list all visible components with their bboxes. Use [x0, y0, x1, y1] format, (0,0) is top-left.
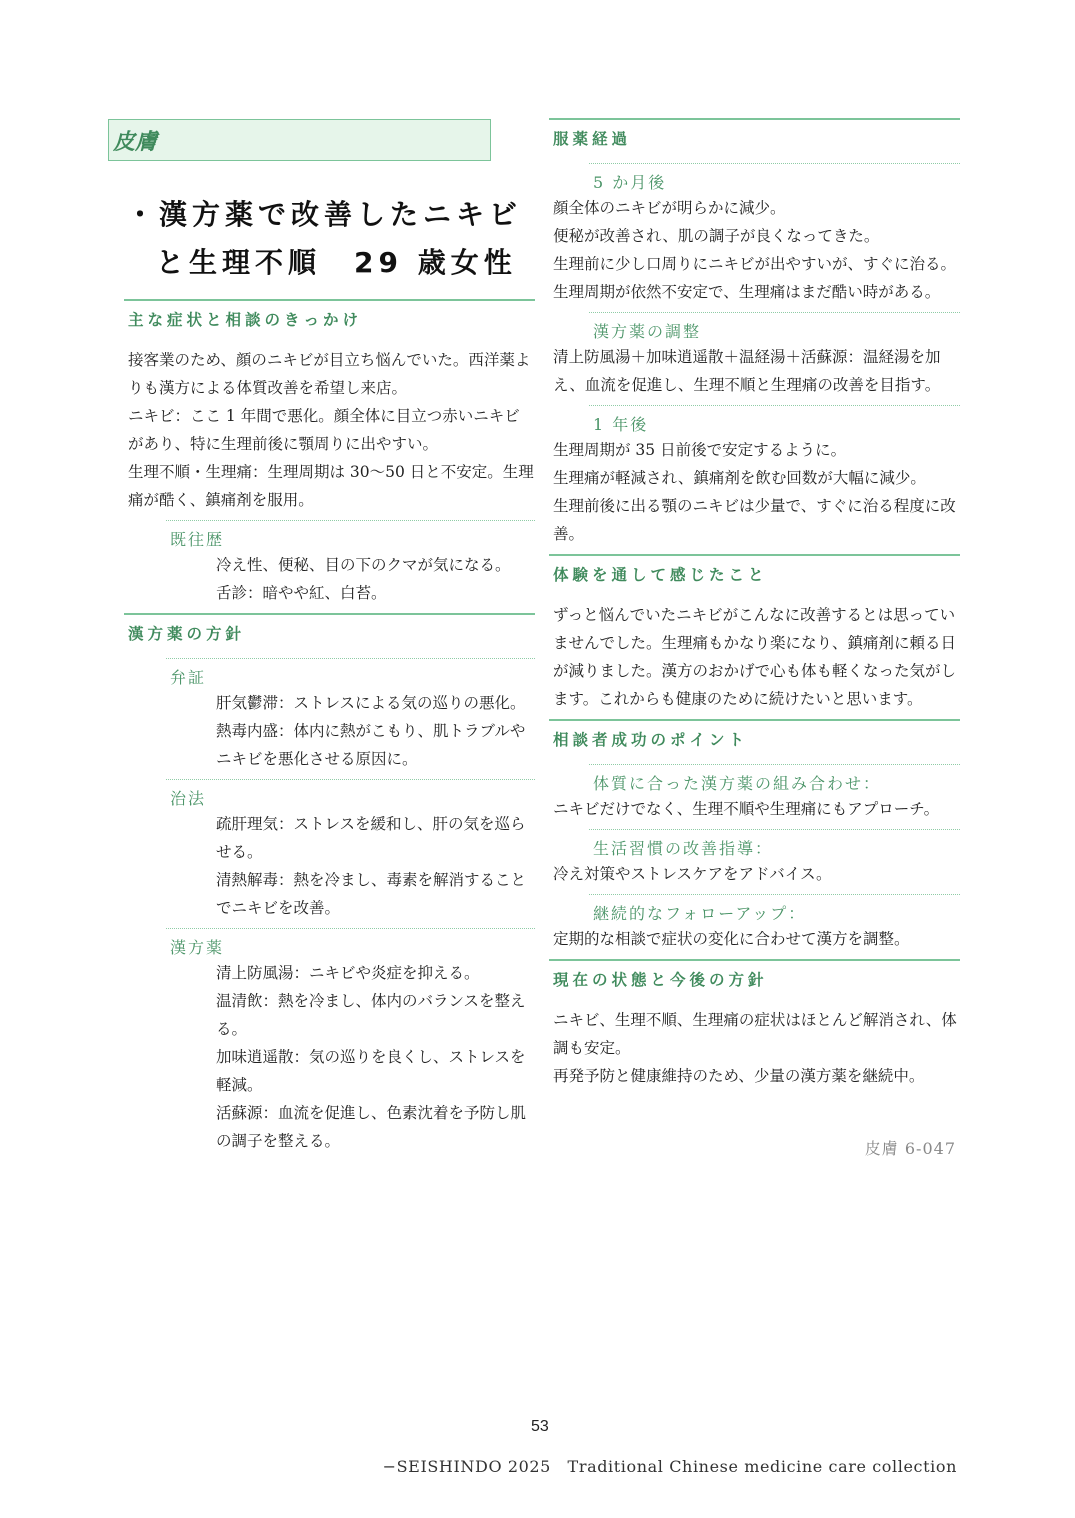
- treatment-heading: 治法: [166, 780, 535, 810]
- diagnosis-block: 弁証 肝気鬱滞：ストレスによる気の巡りの悪化。 熱毒内盛：体内に熱がこもり、肌ト…: [166, 658, 535, 773]
- section-points-heading: 相談者成功のポイント: [549, 719, 960, 758]
- medicine-line: 活蘇源：血流を促進し、色素沈着を予防し肌の調子を整える。: [216, 1099, 535, 1155]
- progress-line: 生理前後に出る顎のニキビは少量で、すぐに治る程度に改善。: [553, 492, 960, 548]
- title-line-2: と生理不順 29 歳女性: [126, 239, 535, 287]
- point-text: ニキビだけでなく、生理不順や生理痛にもアプローチ。: [549, 795, 960, 823]
- progress-line: 生理痛が軽減され、鎮痛剤を飲む回数が大幅に減少。: [553, 464, 960, 492]
- point-block: 継続的なフォローアップ： 定期的な相談で症状の変化に合わせて漢方を調整。: [589, 894, 960, 953]
- title-line-1: ・漢方薬で改善したニキビ: [126, 198, 522, 231]
- treatment-body: 疏肝理気：ストレスを緩和し、肝の気を巡らせる。 清熱解毒：熱を冷まし、毒素を解消…: [216, 810, 535, 922]
- category-label: 皮膚: [113, 125, 157, 156]
- month5-body: 顔全体のニキビが明らかに減少。 便秘が改善され、肌の調子が良くなってきた。 生理…: [549, 194, 960, 306]
- diagnosis-body: 肝気鬱滞：ストレスによる気の巡りの悪化。 熱毒内盛：体内に熱がこもり、肌トラブル…: [216, 689, 535, 773]
- year1-heading: 1 年後: [589, 406, 960, 436]
- treatment-line: 清熱解毒：熱を冷まし、毒素を解消することでニキビを改善。: [216, 866, 535, 922]
- section-symptoms-heading: 主な症状と相談のきっかけ: [124, 299, 535, 338]
- progress-line: 生理周期が 35 日前後で安定するように。: [553, 436, 960, 464]
- month5-heading: 5 か月後: [589, 164, 960, 194]
- current-line: ニキビ、生理不順、生理痛の症状はほとんど解消され、体調も安定。: [553, 1006, 960, 1062]
- adjust-body: 清上防風湯＋加味逍遥散＋温経湯＋活蘇源：温経湯を加え、血流を促進し、生理不順と生…: [549, 343, 960, 399]
- diagnosis-heading: 弁証: [166, 659, 535, 689]
- point-text: 定期的な相談で症状の変化に合わせて漢方を調整。: [549, 925, 960, 953]
- point-block: 体質に合った漢方薬の組み合わせ： ニキビだけでなく、生理不順や生理痛にもアプロー…: [589, 764, 960, 823]
- category-header: 皮膚: [108, 119, 491, 161]
- section-current-heading: 現在の状態と今後の方針: [549, 959, 960, 998]
- progress-line: 生理周期が依然不安定で、生理痛はまだ酷い時がある。: [553, 278, 960, 306]
- history-body: 冷え性、便秘、目の下のクマが気になる。 舌診：暗やや紅、白苔。: [216, 551, 535, 607]
- point-heading: 体質に合った漢方薬の組み合わせ：: [589, 765, 960, 795]
- treatment-block: 治法 疏肝理気：ストレスを緩和し、肝の気を巡らせる。 清熱解毒：熱を冷まし、毒素…: [166, 779, 535, 922]
- case-title: ・漢方薬で改善したニキビ と生理不順 29 歳女性: [126, 191, 535, 287]
- symptoms-body: 接客業のため、顔のニキビが目立ち悩んでいた。西洋薬よりも漢方による体質改善を希望…: [128, 338, 535, 514]
- symptom-line: ニキビ：ここ 1 年間で悪化。顔全体に目立つ赤いニキビがあり、特に生理前後に顎周…: [128, 402, 535, 458]
- diagnosis-line: 熱毒内盛：体内に熱がこもり、肌トラブルやニキビを悪化させる原因に。: [216, 717, 535, 773]
- medicine-line: 加味逍遥散：気の巡りを良くし、ストレスを軽減。: [216, 1043, 535, 1099]
- year1-block: 1 年後 生理周期が 35 日前後で安定するように。 生理痛が軽減され、鎮痛剤を…: [589, 405, 960, 548]
- symptom-line: 生理不順・生理痛：生理周期は 30〜50 日と不安定。生理痛が酷く、鎮痛剤を服用…: [128, 458, 535, 514]
- page-number: 53: [531, 1418, 549, 1436]
- history-line: 冷え性、便秘、目の下のクマが気になる。: [216, 551, 535, 579]
- point-heading: 生活習慣の改善指導：: [589, 830, 960, 860]
- current-line: 再発予防と健康維持のため、少量の漢方薬を継続中。: [553, 1062, 960, 1090]
- point-text: 冷え対策やストレスケアをアドバイス。: [549, 860, 960, 888]
- progress-line: 便秘が改善され、肌の調子が良くなってきた。: [553, 222, 960, 250]
- current-body: ニキビ、生理不順、生理痛の症状はほとんど解消され、体調も安定。 再発予防と健康維…: [549, 998, 960, 1090]
- symptom-line: 接客業のため、顔のニキビが目立ち悩んでいた。西洋薬よりも漢方による体質改善を希望…: [128, 346, 535, 402]
- medicines-block: 漢方薬 清上防風湯：ニキビや炎症を抑える。 温清飲：熱を冷まし、体内のバランスを…: [166, 928, 535, 1155]
- history-heading: 既往歴: [166, 521, 535, 551]
- month5-block: 5 か月後 顔全体のニキビが明らかに減少。 便秘が改善され、肌の調子が良くなって…: [589, 163, 960, 306]
- adjust-block: 漢方薬の調整 清上防風湯＋加味逍遥散＋温経湯＋活蘇源：温経湯を加え、血流を促進し…: [589, 312, 960, 399]
- treatment-line: 疏肝理気：ストレスを緩和し、肝の気を巡らせる。: [216, 810, 535, 866]
- section-experience-heading: 体験を通して感じたこと: [549, 554, 960, 593]
- right-column: 服薬経過 5 か月後 顔全体のニキビが明らかに減少。 便秘が改善され、肌の調子が…: [549, 118, 960, 1159]
- left-column: 皮膚 ・漢方薬で改善したニキビ と生理不順 29 歳女性 主な症状と相談のきっか…: [108, 119, 535, 1155]
- medicines-body: 清上防風湯：ニキビや炎症を抑える。 温清飲：熱を冷まし、体内のバランスを整える。…: [216, 959, 535, 1155]
- adjust-line: 清上防風湯＋加味逍遥散＋温経湯＋活蘇源：温経湯を加え、血流を促進し、生理不順と生…: [553, 343, 960, 399]
- case-code: 皮膚 6-047: [549, 1136, 960, 1159]
- progress-line: 顔全体のニキビが明らかに減少。: [553, 194, 960, 222]
- diagnosis-line: 肝気鬱滞：ストレスによる気の巡りの悪化。: [216, 689, 535, 717]
- section-policy-heading: 漢方薬の方針: [124, 613, 535, 652]
- point-heading: 継続的なフォローアップ：: [589, 895, 960, 925]
- medicine-line: 清上防風湯：ニキビや炎症を抑える。: [216, 959, 535, 987]
- year1-body: 生理周期が 35 日前後で安定するように。 生理痛が軽減され、鎮痛剤を飲む回数が…: [549, 436, 960, 548]
- footer-text: −SEISHINDO 2025 Traditional Chinese medi…: [383, 1454, 957, 1477]
- medicines-heading: 漢方薬: [166, 929, 535, 959]
- history-line: 舌診：暗やや紅、白苔。: [216, 579, 535, 607]
- section-progress-heading: 服薬経過: [549, 118, 960, 157]
- experience-body: ずっと悩んでいたニキビがこんなに改善するとは思っていませんでした。生理痛もかなり…: [549, 593, 960, 713]
- adjust-heading: 漢方薬の調整: [589, 313, 960, 343]
- history-block: 既往歴 冷え性、便秘、目の下のクマが気になる。 舌診：暗やや紅、白苔。: [166, 520, 535, 607]
- progress-line: 生理前に少し口周りにニキビが出やすいが、すぐに治る。: [553, 250, 960, 278]
- medicine-line: 温清飲：熱を冷まし、体内のバランスを整える。: [216, 987, 535, 1043]
- point-block: 生活習慣の改善指導： 冷え対策やストレスケアをアドバイス。: [589, 829, 960, 888]
